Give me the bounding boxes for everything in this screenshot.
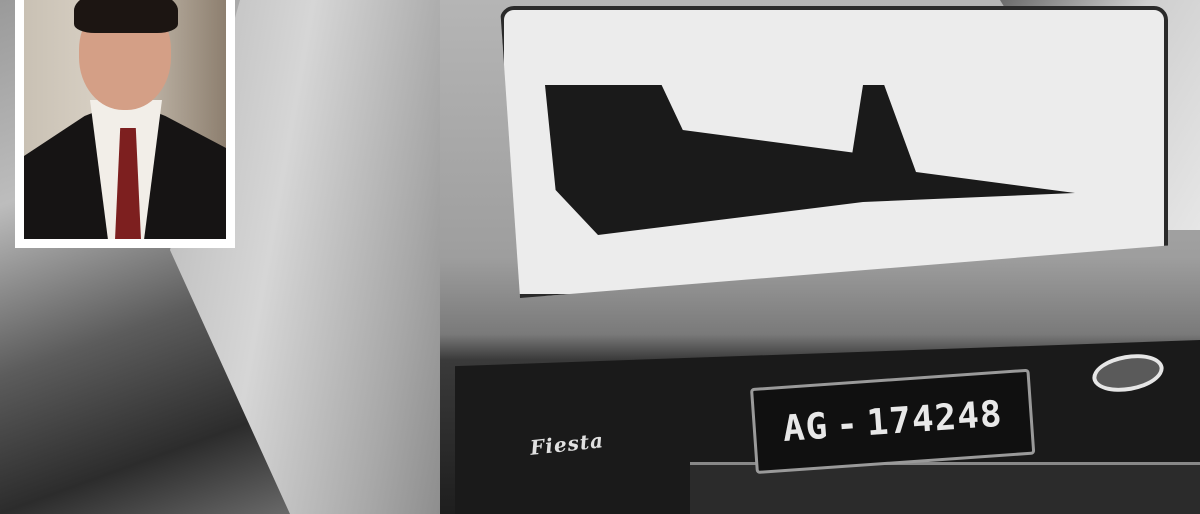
inset-portrait-frame xyxy=(15,0,235,248)
portrait-photo xyxy=(24,0,226,239)
plate-separator: - xyxy=(835,403,860,445)
plate-province: AG xyxy=(781,405,829,449)
hair xyxy=(74,0,178,33)
plate-number: 174248 xyxy=(865,393,1004,443)
